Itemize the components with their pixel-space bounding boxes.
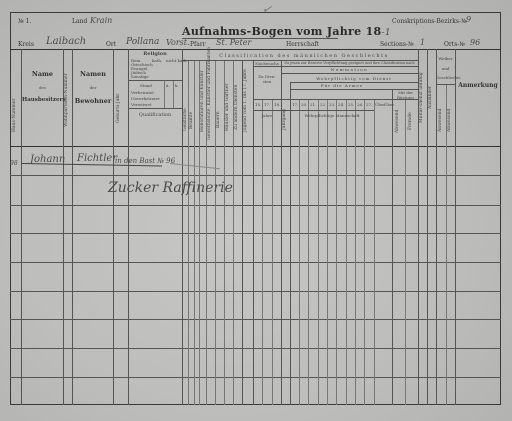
header-abwesend2: Abwesend (447, 100, 454, 140)
weiber-hdr: und (436, 66, 455, 71)
nachwuchs-year: 15. (255, 102, 261, 107)
class-col: Häusler und Gärtner (225, 75, 233, 140)
year-col: 20. (301, 102, 307, 107)
header-nummation: Nummation (283, 67, 416, 72)
weiber-line (436, 84, 455, 85)
col-line (272, 99, 273, 405)
col-line (346, 99, 347, 405)
year-col: 24. (338, 102, 344, 107)
header-fuer-armee: Für die Armee (292, 83, 392, 88)
header-nachwuchs: Nachwuchs (253, 61, 281, 66)
col-line (113, 49, 114, 405)
col-line (455, 49, 456, 405)
col-line (308, 99, 309, 405)
header-stand: Stand (140, 83, 152, 88)
header-name-2: des (22, 85, 63, 90)
class-col: Bauern (216, 100, 224, 140)
year-col: 25. (348, 102, 354, 107)
year-col: 17. (292, 102, 298, 107)
col-line (392, 89, 393, 405)
class-col: Jugend vom 1. bis 17. Jahre (243, 62, 253, 140)
header-wohnparteien: Wohnparteien-Nummer (64, 60, 72, 140)
header-mit-ohne: Mit der Rüstung (393, 90, 418, 100)
col-line (327, 99, 328, 405)
nummation-line (281, 73, 418, 74)
header-classification: Classification des männlichen Geschlecht… (190, 53, 418, 59)
header-abwesend: Abwesend (395, 102, 403, 140)
header-anwesend: Anwesend (438, 100, 445, 140)
header-name-3: Hausbesitzers (22, 97, 63, 103)
header-im-dienst: Wehrpflichtige Mannschaft (290, 113, 374, 118)
header-fremde: Fremde (408, 102, 416, 140)
header-jahrgang: Jahrgang (282, 100, 290, 140)
stand-col: ä. (166, 83, 170, 88)
col-line (355, 99, 356, 405)
header-haus-nummer: Haus-Nummer (12, 90, 20, 140)
religion-col: nicht kath. (166, 58, 188, 63)
col-line (194, 60, 195, 405)
col-line (405, 99, 406, 405)
weiber-hdr: Geschlechts (436, 75, 455, 80)
stand-bottom (128, 108, 182, 109)
col-line (374, 99, 375, 405)
entry-haus-nummer: 98 (10, 160, 18, 167)
col-line (436, 49, 437, 405)
year-col: 23. (329, 102, 335, 107)
header-auslaender: Ausländer (428, 55, 436, 140)
reserve-text: Zu jenen zur Reserve Verpflichtung geeig… (283, 61, 416, 65)
col-line (364, 99, 365, 405)
header-namen-2: der (73, 85, 113, 90)
col-line (336, 99, 337, 405)
header-qualification: Qualification (128, 112, 182, 118)
stand-col-line (173, 81, 174, 108)
nachwuchs-year: 18. (274, 102, 280, 107)
weiber-hdr: Weiber (436, 56, 455, 61)
stand-row: Verheiratet (131, 90, 154, 95)
header-name-1: Name (22, 70, 63, 78)
religion-row: Sonstige (131, 74, 149, 79)
stand-col-line (164, 81, 165, 108)
header-dienstleistung: Wehrpflichtig vom Dienst (292, 76, 416, 81)
class-col: Zu andern Diensten (234, 75, 242, 140)
class-col: Beamte (189, 100, 194, 140)
col-line (262, 99, 263, 405)
year-col: 26. (357, 102, 363, 107)
class-col: Geistliche (183, 100, 188, 140)
class-col: Honoratioren und Künstler (200, 62, 206, 140)
header-geburtsjahr: Geburts-Jahr (116, 88, 124, 128)
header-unfaehig: Militär-Dienst unfähig (419, 55, 427, 140)
year-col: 27. (366, 102, 372, 107)
class-col: Gewerbsleute, Künstler und Fabrikanten (207, 62, 215, 140)
nachwuchs-sub: Zu Dien- sten (256, 74, 278, 84)
header-namen-1: Namen (73, 70, 113, 78)
col-line (253, 60, 254, 405)
religion-col: kath. (152, 58, 162, 63)
entry-bewohner: Fichtler (77, 153, 117, 164)
year-col: Über (384, 102, 394, 107)
stand-row: Verwitwet (131, 102, 152, 107)
year-col: 21. (310, 102, 316, 107)
nachwuchs-year: 17. (264, 102, 270, 107)
stand-row: Unverheiratet (131, 96, 160, 101)
stand-col: k. (175, 83, 179, 88)
year-col: 22. (320, 102, 326, 107)
header-religion: Religion (128, 51, 182, 57)
col-line (128, 49, 129, 405)
entry-zucker-raffinerie: Zucker Raffinerie (108, 180, 233, 196)
col-line (290, 82, 291, 405)
nachwuchs-jahre: Jahre (253, 113, 281, 118)
header-namen-3: Bewohner (73, 97, 113, 105)
years-bottom-line (253, 110, 374, 111)
col-line (299, 99, 300, 405)
col-line (318, 99, 319, 405)
header-anmerkung: Anmerkung (455, 82, 501, 89)
